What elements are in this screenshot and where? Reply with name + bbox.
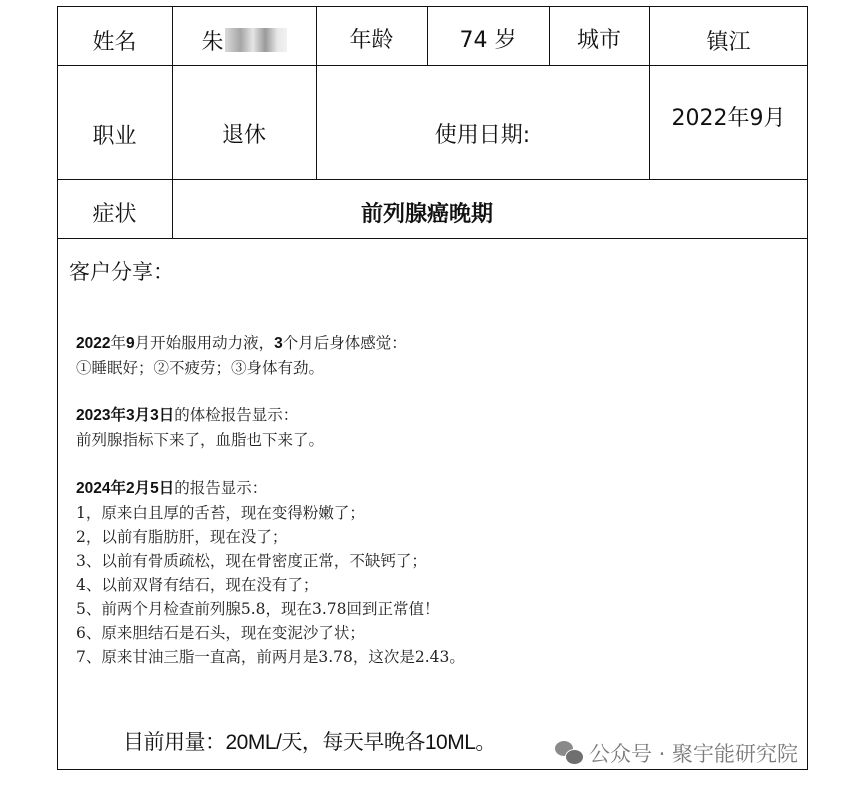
watermark-text: 公众号 · 聚宇能研究院 [589,738,798,768]
report-item: 4、以前双肾有结石，现在没有了； [76,573,465,597]
report-item: 7、原来甘油三脂一直高，前两月是3.78，这次是2.43。 [76,645,465,669]
redaction-blur [225,28,287,52]
share-title: 客户分享： [69,256,174,286]
section-heading: 2024年2月5日的报告显示： [76,476,465,501]
report-item: 3、以前有骨质疏松，现在骨密度正常，不缺钙了； [76,549,465,573]
age-value: 74 岁 [427,6,549,70]
city-value: 镇江 [649,6,808,74]
symptom-label: 症状 [57,179,172,245]
share-section-2: 2023年3月3日的体检报告显示： 前列腺指标下来了，血脂也下来了。 [76,403,324,452]
city-label: 城市 [549,6,649,70]
start-date-value: 2022年9月 [649,65,808,167]
section-line: 前列腺指标下来了，血脂也下来了。 [76,428,324,452]
section-line: ①睡眠好；②不疲劳；③身体有劲。 [76,356,407,380]
name-value: 朱 [172,6,316,74]
wechat-icon [555,741,583,765]
share-section-1: 2022年9月开始服用动力液，3个月后身体感觉： ①睡眠好；②不疲劳；③身体有劲… [76,331,407,380]
watermark: 公众号 · 聚宇能研究院 [555,738,798,768]
current-dosage: 目前用量：20ML/天，每天早晚各10ML。 [123,726,496,756]
name-value-text: 朱 [201,25,223,56]
report-item: 5、前两个月检查前列腺5.8，现在3.78回到正常值！ [76,597,465,621]
symptom-value: 前列腺癌晚期 [172,179,682,245]
report-item: 6、原来胆结石是石头，现在变泥沙了状； [76,621,465,645]
age-label: 年龄 [316,6,427,70]
report-item: 1，原来白且厚的舌苔，现在变得粉嫩了； [76,501,465,525]
report-item: 2，以前有脂肪肝，现在没了； [76,525,465,549]
name-label: 姓名 [57,6,172,74]
section-heading: 2022年9月开始服用动力液，3个月后身体感觉： [76,331,407,356]
share-section-3: 2024年2月5日的报告显示： 1，原来白且厚的舌苔，现在变得粉嫩了； 2，以前… [76,476,465,669]
section-heading: 2023年3月3日的体检报告显示： [76,403,324,428]
